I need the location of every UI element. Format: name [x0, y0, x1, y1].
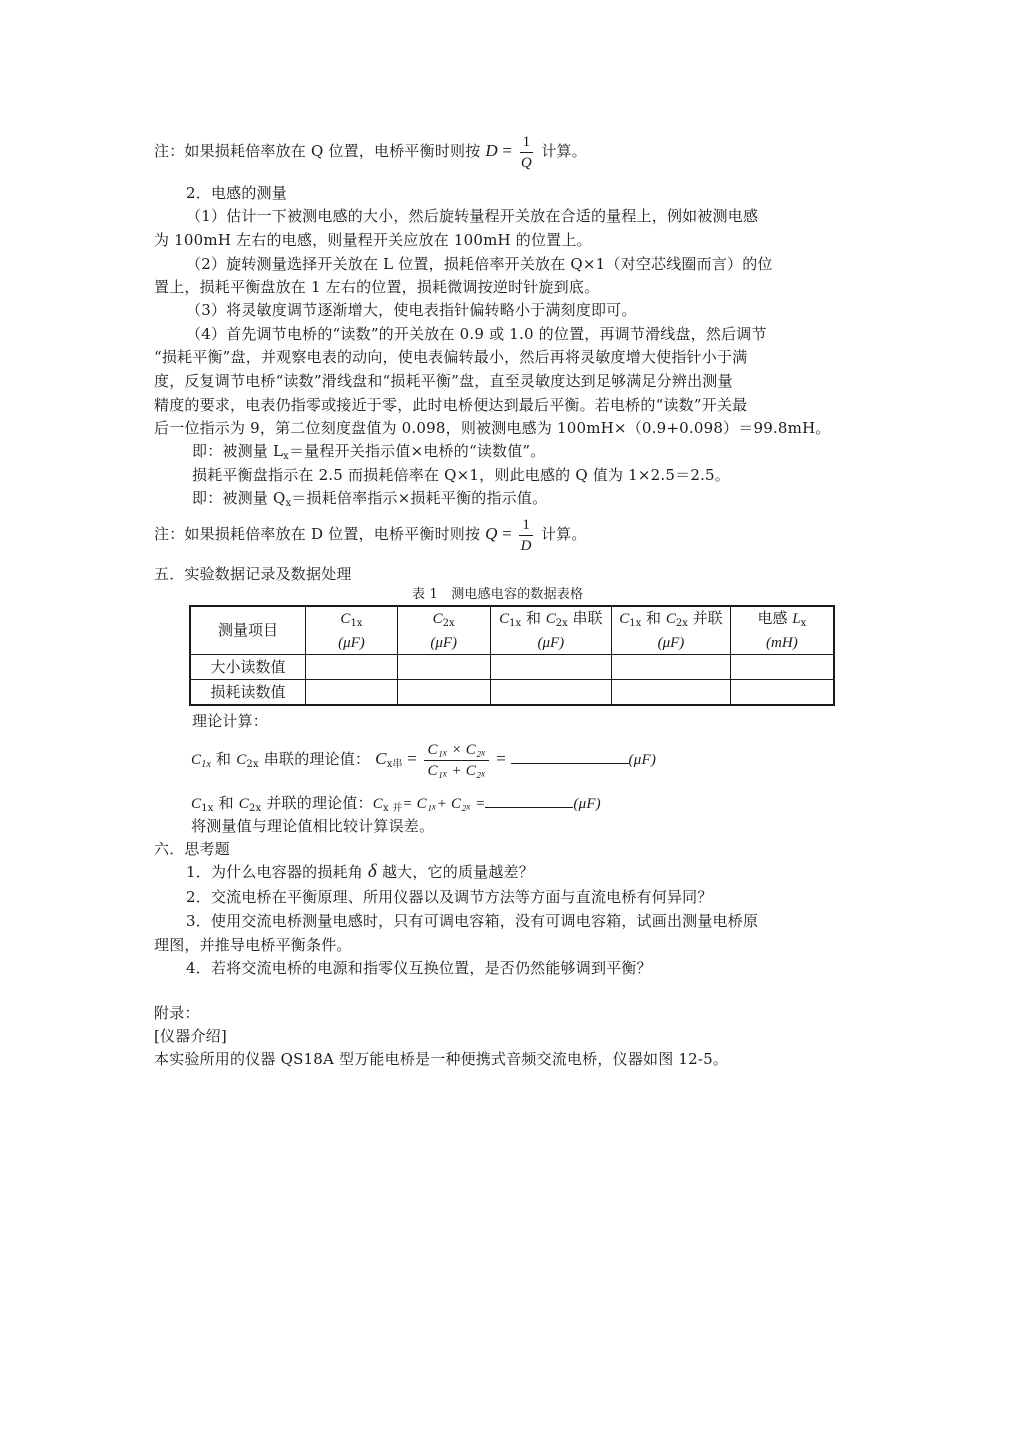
subscript: 2x	[676, 618, 688, 629]
table-cell[interactable]	[490, 680, 612, 706]
equals-sign: =	[492, 749, 511, 768]
q-example: 损耗平衡盘指示在 2.5 而损耗倍率在 Q×1，则此电感的 Q 值为 1×2.5…	[192, 465, 730, 485]
header-cell: 测量项目	[190, 606, 306, 655]
var: C	[499, 611, 509, 627]
row-label: 大小读数值	[190, 655, 306, 680]
header-cell: C1x (μF)	[306, 606, 398, 655]
var: C	[191, 796, 201, 812]
table-row: 大小读数值	[190, 655, 834, 680]
note-q-suffix: 计算。	[541, 142, 587, 160]
text: 和	[521, 609, 546, 627]
paragraph-line: （4）首先调节电桥的“读数”的开关放在 0.9 或 1.0 的位置，再调节滑线盘…	[186, 324, 767, 344]
paragraph-line: （3）将灵敏度调节逐渐增大，使电表指针偏转略小于满刻度即可。	[186, 300, 637, 320]
lx-definition: 即：被测量 Lx＝量程开关指示值×电桥的“读数值”。	[192, 441, 546, 467]
table-cell[interactable]	[612, 655, 731, 680]
var: C	[375, 749, 387, 768]
table-cell[interactable]	[730, 655, 834, 680]
equals-sign: =	[498, 524, 517, 543]
table-cell[interactable]	[612, 680, 731, 706]
var: C	[340, 611, 350, 627]
fraction-denominator: Q	[520, 153, 534, 173]
var: C	[191, 752, 201, 768]
fraction: C₁ₓ × C₂ₓ C₁ₓ + C₂ₓ	[424, 740, 488, 781]
fraction-denominator: D	[519, 536, 533, 556]
subscript: 1x	[629, 618, 641, 629]
subscript: x串	[387, 759, 403, 770]
note-d-suffix: 计算。	[541, 525, 587, 543]
question-1: 1．为什么电容器的损耗角 δ 越大，它的质量越差？	[186, 862, 534, 882]
unit: (μF)	[430, 635, 457, 651]
series-label: 串联的理论值：	[259, 750, 370, 768]
var: C	[239, 796, 249, 812]
subscript: 1x	[201, 759, 211, 770]
var: L	[792, 611, 800, 627]
qx-prefix: 即：被测量 Q	[192, 489, 285, 507]
unit: (mH)	[766, 635, 798, 651]
appendix-subheading: [仪器介绍]	[154, 1026, 227, 1046]
table-cell[interactable]	[490, 655, 612, 680]
unit: (μF)	[629, 752, 656, 768]
table-cell[interactable]	[306, 680, 398, 706]
text: 1．为什么电容器的损耗角	[186, 863, 363, 881]
note-q-formula: 注：如果损耗倍率放在 Q 位置，电桥平衡时则按 D = 1 Q 计算。	[154, 128, 587, 174]
note-q-prefix: 注：如果损耗倍率放在 Q 位置，电桥平衡时则按	[154, 142, 480, 160]
appendix-text: 本实验所用的仪器 QS18A 型万能电桥是一种便携式音频交流电桥，仪器如图 12…	[154, 1049, 728, 1069]
expression: = C₁ₓ+ C₂ₓ =	[402, 796, 485, 812]
question-4: 4．若将交流电桥的电源和指零仪互换位置，是否仍然能够调到平衡？	[186, 958, 652, 978]
text: 越大，它的质量越差？	[382, 863, 534, 881]
compare-text: 将测量值与理论值相比较计算误差。	[191, 816, 434, 836]
fraction-denominator: C₁ₓ + C₂ₓ	[424, 761, 488, 781]
text: 和	[211, 750, 236, 768]
text: 和	[214, 794, 239, 812]
text: 串联	[568, 609, 603, 627]
unit: (μF)	[338, 635, 365, 651]
table-cell[interactable]	[306, 655, 398, 680]
answer-blank[interactable]	[511, 749, 629, 764]
qx-suffix: ＝损耗倍率指示×损耗平衡的指示值。	[291, 489, 547, 507]
fraction: 1 Q	[520, 132, 534, 173]
note-d-prefix: 注：如果损耗倍率放在 D 位置，电桥平衡时则按	[154, 525, 480, 543]
table-row: 损耗读数值	[190, 680, 834, 706]
table-cell[interactable]	[730, 680, 834, 706]
question-3-cont: 理图，并推导电桥平衡条件。	[154, 935, 352, 955]
delta-symbol: δ	[368, 861, 377, 882]
data-table: 测量项目 C1x (μF) C2x (μF) C1x 和 C2x 串联 (μF)…	[189, 605, 835, 706]
unit: (μF)	[573, 796, 600, 812]
header-cell: C1x 和 C2x 并联 (μF)	[612, 606, 731, 655]
text: 和	[641, 609, 666, 627]
table-cell[interactable]	[397, 655, 490, 680]
lx-prefix: 即：被测量 L	[192, 442, 283, 460]
var: C	[666, 611, 676, 627]
subscript: 2x	[246, 759, 258, 770]
section-heading-data: 五．实验数据记录及数据处理	[154, 564, 352, 584]
parallel-label: 并联的理论值：	[261, 794, 372, 812]
paragraph-line: 为 100mH 左右的电感，则量程开关应放在 100mH 的位置上。	[154, 230, 592, 250]
header-cell: C1x 和 C2x 串联 (μF)	[490, 606, 612, 655]
subscript: 1x	[350, 618, 362, 629]
paragraph-line: （1）估计一下被测电感的大小，然后旋转量程开关放在合适的量程上，例如被测电感	[186, 206, 758, 226]
paragraph-line: （2）旋转测量选择开关放在 L 位置，损耗倍率开关放在 Q×1（对空芯线圈而言）…	[186, 254, 773, 274]
unit: (μF)	[537, 635, 564, 651]
paragraph-line: 精度的要求，电表仍指零或接近于零，此时电桥便达到最后平衡。若电桥的“读数”开关最	[154, 395, 747, 415]
question-3: 3．使用交流电桥测量电感时，只有可调电容箱，没有可调电容箱，试画出测量电桥原	[186, 911, 758, 931]
fraction-numerator: 1	[520, 132, 534, 153]
table-cell[interactable]	[397, 680, 490, 706]
answer-blank[interactable]	[485, 793, 573, 808]
row-label: 损耗读数值	[190, 680, 306, 706]
text: 并联	[688, 609, 723, 627]
section-heading-inductance: 2．电感的测量	[186, 183, 287, 203]
paragraph-line: 度，反复调节电桥“读数”滑线盘和“损耗平衡”盘，直至灵敏度达到足够满足分辨出测量	[154, 371, 733, 391]
question-2: 2．交流电桥在平衡原理、所用仪器以及调节方法等方面与直流电桥有何异同？	[186, 887, 713, 907]
fraction: 1 D	[519, 515, 533, 556]
section-heading-questions: 六．思考题	[154, 839, 230, 859]
formula-var: D	[485, 141, 497, 160]
subscript: 2x	[249, 803, 261, 814]
subscript: 2x	[443, 618, 455, 629]
paragraph-line: “损耗平衡”盘，并观察电表的动向，使电表偏转最小，然后再将灵敏度增大使指针小于满	[154, 347, 747, 367]
equals-sign: =	[498, 141, 517, 160]
series-formula: C1x 和 C2x 串联的理论值： Cx串 = C₁ₓ × C₂ₓ C₁ₓ + …	[191, 736, 656, 788]
paragraph-line: 置上，损耗平衡盘放在 1 左右的位置，损耗微调按逆时针旋到底。	[154, 277, 599, 297]
subscript: x 并	[383, 803, 402, 814]
var: C	[546, 611, 556, 627]
paragraph-line: 后一位指示为 9，第二位刻度盘值为 0.098，则被测电感为 100mH×（0.…	[154, 418, 831, 438]
fraction-numerator: 1	[519, 515, 533, 536]
text: 电感	[757, 609, 792, 627]
subscript: 1x	[201, 803, 213, 814]
appendix-heading: 附录：	[154, 1003, 200, 1023]
equals-sign: =	[403, 749, 422, 768]
subscript: 2x	[556, 618, 568, 629]
note-d-formula: 注：如果损耗倍率放在 D 位置，电桥平衡时则按 Q = 1 D 计算。	[154, 511, 587, 557]
lx-suffix: ＝量程开关指示值×电桥的“读数值”。	[289, 442, 546, 460]
table-caption: 表 1 测电感电容的数据表格	[412, 585, 583, 605]
calc-heading: 理论计算：	[192, 711, 268, 731]
header-cell: C2x (μF)	[397, 606, 490, 655]
var: C	[433, 611, 443, 627]
header-cell: 电感 Lx (mH)	[730, 606, 834, 655]
fraction-numerator: C₁ₓ × C₂ₓ	[424, 740, 488, 761]
var: C	[619, 611, 629, 627]
table-header-row: 测量项目 C1x (μF) C2x (μF) C1x 和 C2x 串联 (μF)…	[190, 606, 834, 655]
formula-var: Q	[485, 524, 497, 543]
unit: (μF)	[658, 635, 685, 651]
subscript: x	[801, 618, 807, 629]
var: C	[373, 796, 383, 812]
var: C	[236, 752, 246, 768]
subscript: 1x	[509, 618, 521, 629]
